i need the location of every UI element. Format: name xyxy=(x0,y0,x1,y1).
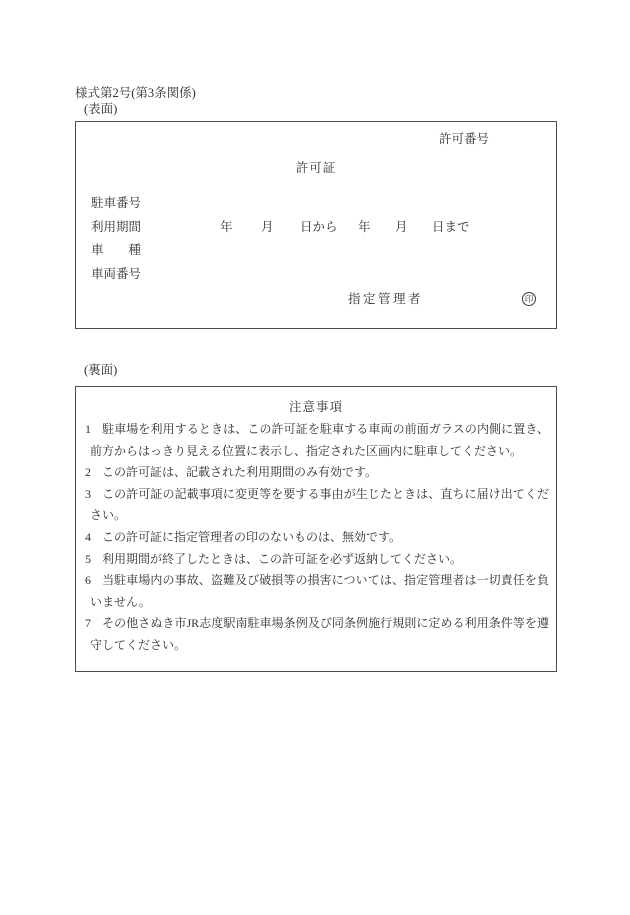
vehicle-type-field: 車 種 xyxy=(76,243,556,258)
period-day-from-label: 日から xyxy=(300,220,338,235)
item-number: 3 xyxy=(85,487,102,501)
period-year-to-label: 年 xyxy=(358,220,371,235)
list-item: 6当駐車場内の事故、盗難及び破損等の損害については、指定管理者は一切責任を負いま… xyxy=(85,570,549,613)
item-text: 駐車場を利用するときは、この許可証を駐車する車両の前面ガラスの内側に置き、前方か… xyxy=(90,422,549,458)
parking-number-field: 駐車番号 xyxy=(76,196,556,211)
item-number: 1 xyxy=(85,422,102,436)
list-item: 3この許可証の記載事項に変更等を要する事由が生じたときは、直ちに届け出てください… xyxy=(85,484,549,527)
list-item: 7その他さぬき市JR志度駅南駐車場条例及び同条例施行規則に定める利用条件等を遵守… xyxy=(85,613,549,656)
document-page: 様式第2号(第3条関係) (表面) 許可番号 許可証 駐車番号 利用期間 年 月… xyxy=(0,0,630,915)
permit-front-card: 許可番号 許可証 駐車番号 利用期間 年 月 日から 年 月 日まで 車 種 車… xyxy=(75,121,557,329)
back-side-label: (裏面) xyxy=(84,363,117,377)
item-number: 5 xyxy=(85,552,102,566)
item-number: 2 xyxy=(85,465,102,479)
item-text: この許可証の記載事項に変更等を要する事由が生じたときは、直ちに届け出てください。 xyxy=(90,487,549,523)
notes-title: 注意事項 xyxy=(76,399,556,415)
list-item: 4この許可証に指定管理者の印のないものは、無効です。 xyxy=(85,527,549,549)
permit-number-field: 許可番号 xyxy=(76,132,556,147)
item-text: この許可証は、記載された利用期間のみ有効です。 xyxy=(102,465,377,479)
notes-list: 1駐車場を利用するときは、この許可証を駐車する車両の前面ガラスの内側に置き、前方… xyxy=(76,419,556,657)
item-text: 利用期間が終了したときは、この許可証を必ず返納してください。 xyxy=(102,552,462,566)
item-number: 6 xyxy=(85,573,102,587)
item-text: その他さぬき市JR志度駅南駐車場条例及び同条例施行規則に定める利用条件等を遵守し… xyxy=(90,616,549,652)
form-number-label: 様式第2号(第3条関係) xyxy=(75,86,196,100)
permit-back-card: 注意事項 1駐車場を利用するときは、この許可証を駐車する車両の前面ガラスの内側に… xyxy=(75,386,557,672)
list-item: 5利用期間が終了したときは、この許可証を必ず返納してください。 xyxy=(85,549,549,571)
period-year-from-label: 年 xyxy=(220,220,233,235)
item-text: この許可証に指定管理者の印のないものは、無効です。 xyxy=(102,530,401,544)
front-side-label: (表面) xyxy=(84,102,117,116)
list-item: 2この許可証は、記載された利用期間のみ有効です。 xyxy=(85,462,549,484)
item-number: 4 xyxy=(85,530,102,544)
vehicle-number-label: 車両番号 xyxy=(91,267,141,282)
permit-number-label: 許可番号 xyxy=(439,132,489,146)
item-text: 当駐車場内の事故、盗難及び破損等の損害については、指定管理者は一切責任を負いませ… xyxy=(90,573,549,609)
period-day-to-label: 日まで xyxy=(432,220,470,235)
usage-period-field: 利用期間 年 月 日から 年 月 日まで xyxy=(76,220,556,235)
vehicle-type-label: 車 種 xyxy=(91,243,141,258)
permit-title: 許可証 xyxy=(76,161,556,176)
period-month-from-label: 月 xyxy=(261,220,274,235)
item-number: 7 xyxy=(85,616,102,630)
parking-number-label: 駐車番号 xyxy=(91,196,141,211)
period-month-to-label: 月 xyxy=(395,220,408,235)
list-item: 1駐車場を利用するときは、この許可証を駐車する車両の前面ガラスの内側に置き、前方… xyxy=(85,419,549,462)
usage-period-label: 利用期間 xyxy=(91,220,141,235)
seal-stamp-icon: 印 xyxy=(522,292,536,306)
designated-manager-label: 指定管理者 xyxy=(348,292,423,307)
designated-manager-field: 指定管理者 印 xyxy=(76,292,556,307)
vehicle-number-field: 車両番号 xyxy=(76,267,556,282)
